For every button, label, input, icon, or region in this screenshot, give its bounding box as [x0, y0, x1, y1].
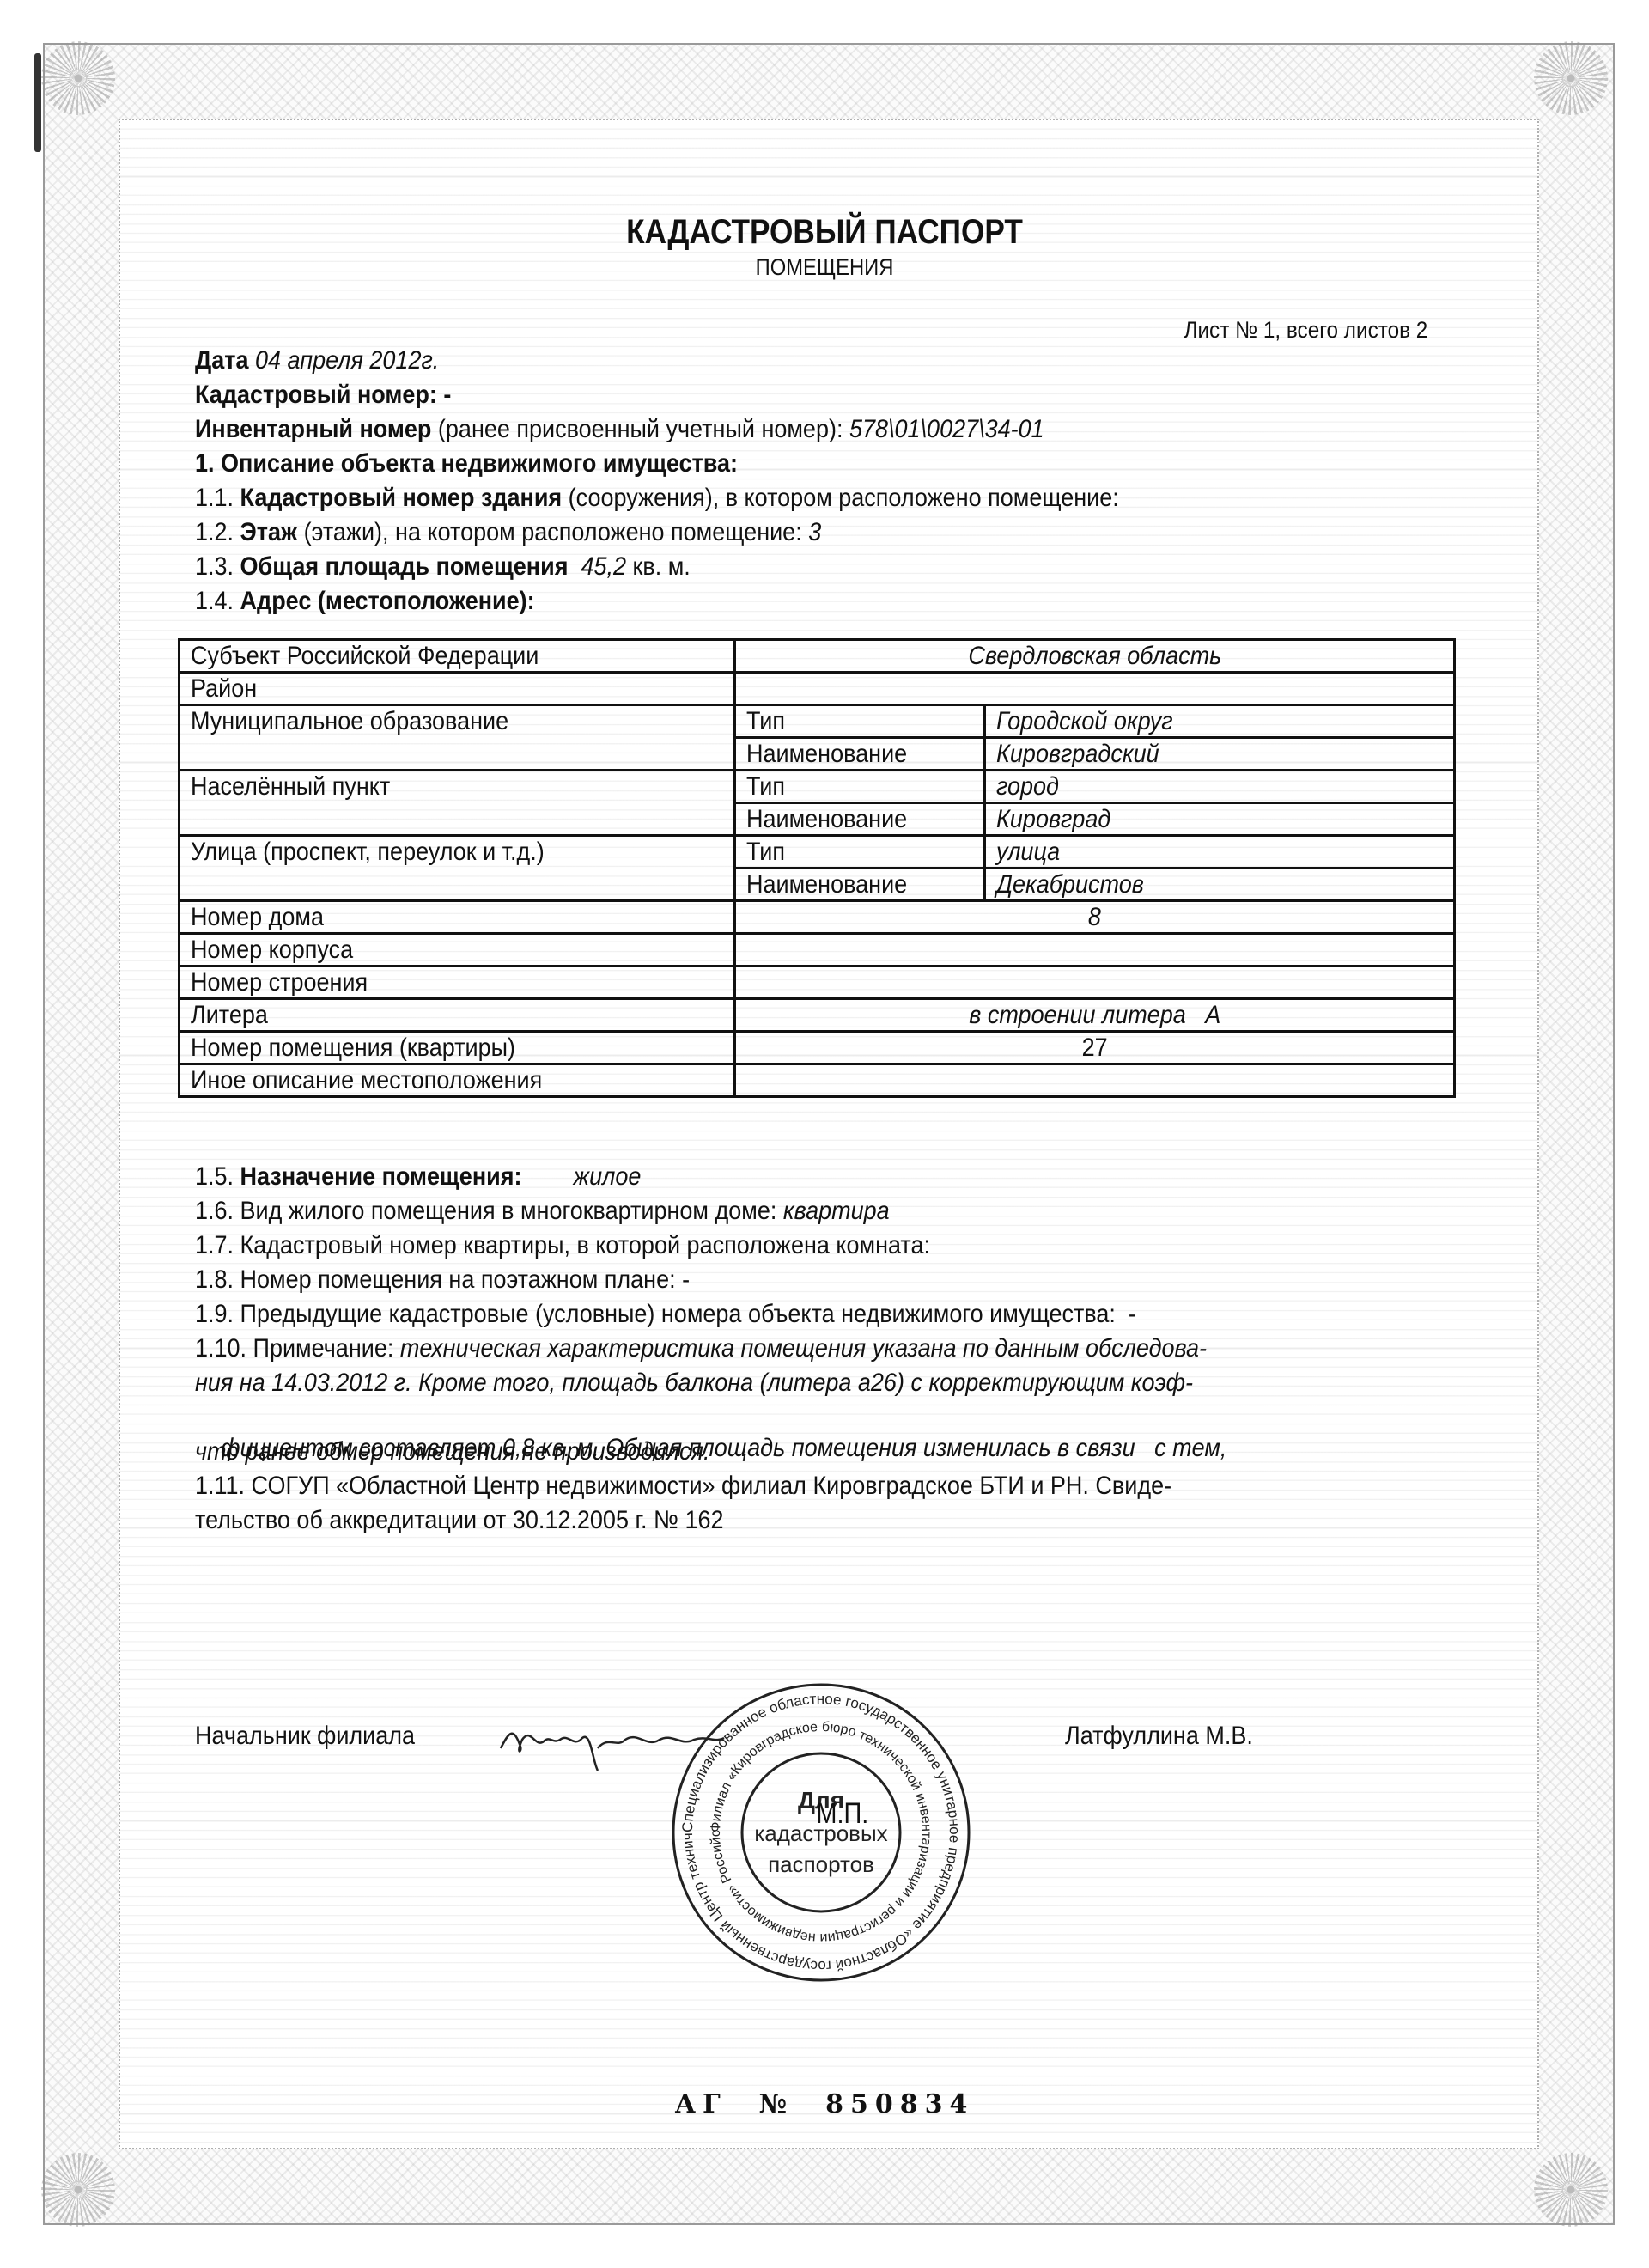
inventory-number-value: 578\01\0027\34-01: [849, 415, 1044, 443]
street-name-value: Декабристов: [996, 869, 1144, 899]
note-line: ния на 14.03.2012 г. Кроме того, площадь…: [195, 1368, 1193, 1399]
subject-label: Субъект Российской Федерации: [191, 641, 539, 671]
name-label: Наименование: [746, 804, 907, 834]
purpose-label: Назначение помещения:: [240, 1162, 522, 1191]
svg-text:паспортов: паспортов: [768, 1851, 874, 1877]
item-1-3: 1.3. Общая площадь помещения 45,2 кв. м.: [195, 552, 691, 582]
signer-position: Начальник филиала: [195, 1722, 415, 1751]
item-number: 1.4.: [195, 587, 234, 615]
name-label: Наименование: [746, 739, 907, 769]
item-label-bold: Кадастровый номер здания: [240, 484, 563, 512]
note-text: ния на 14.03.2012 г. Кроме того, площадь…: [195, 1369, 1193, 1397]
name-label: Наименование: [746, 869, 907, 899]
section1-heading: 1. Описание объекта недвижимого имуществ…: [195, 448, 738, 479]
street-type-value: улица: [996, 837, 1060, 867]
item-number: 1.3.: [195, 552, 234, 581]
previous-numbers: 1.9. Предыдущие кадастровые (условные) н…: [195, 1300, 1136, 1328]
inventory-number-label: Инвентарный номер: [195, 415, 431, 443]
floor-value: 3: [808, 518, 821, 546]
item-1-6: 1.6. Вид жилого помещения в многоквартир…: [195, 1196, 890, 1227]
inventory-number-note: (ранее присвоенный учетный номер):: [438, 415, 843, 443]
item-number: 1.2.: [195, 518, 234, 546]
settlement-type-value: город: [996, 771, 1059, 802]
other-location-label: Иное описание местоположения: [191, 1065, 542, 1095]
item-1-1: 1.1. Кадастровый номер здания (сооружени…: [195, 483, 1119, 514]
note-label: 1.10. Примечание:: [195, 1334, 393, 1363]
item-1-8: 1.8. Номер помещения на поэтажном плане:…: [195, 1265, 690, 1296]
form-serial-number: АГ № 850834: [0, 2089, 1649, 2119]
type-label: Тип: [746, 771, 785, 802]
street-label: Улица (проспект, переулок и т.д.): [191, 837, 545, 867]
apartment-cadastral-label: 1.7. Кадастровый номер квартиры, в котор…: [195, 1231, 930, 1259]
table-row: Муниципальное образование Тип Городской …: [180, 705, 1455, 738]
table-row: Субъект Российской Федерации Свердловска…: [180, 640, 1455, 673]
table-row: Район: [180, 673, 1455, 705]
signer-name: Латфуллина М.В.: [1065, 1722, 1253, 1751]
apartment-value: 27: [1081, 1033, 1107, 1063]
sheet-info: Лист № 1, всего листов 2: [1184, 317, 1427, 344]
item-1-11-cont: тельство об аккредитации от 30.12.2005 г…: [195, 1505, 724, 1536]
structure-label: Номер строения: [191, 967, 368, 997]
item-1-4: 1.4. Адрес (местоположение):: [195, 586, 535, 617]
document-title: КАДАСТРОВЫЙ ПАСПОРТ: [99, 213, 1550, 252]
municipality-type-value: Городской округ: [996, 706, 1173, 736]
house-value: 8: [1088, 902, 1101, 932]
table-row: Номер дома 8: [180, 901, 1455, 934]
table-row: Номер помещения (квартиры) 27: [180, 1032, 1455, 1064]
inventory-number-line: Инвентарный номер (ранее присвоенный уче…: [195, 414, 1044, 445]
settlement-label: Населённый пункт: [191, 771, 390, 802]
table-row: Номер строения: [180, 966, 1455, 999]
litera-value: в строении литера А: [969, 1000, 1220, 1030]
item-1-10: 1.10. Примечание: техническая характерис…: [195, 1333, 1207, 1364]
note-text: что ранее обмер помещения не производилс…: [195, 1437, 709, 1466]
item-number: 1.5.: [195, 1162, 234, 1191]
purpose-value: жилое: [573, 1162, 641, 1191]
dwelling-type-label: 1.6. Вид жилого помещения в многоквартир…: [195, 1197, 776, 1225]
floor-plan-number: 1.8. Номер помещения на поэтажном плане:…: [195, 1265, 690, 1294]
seal-place-mark: М.П.: [816, 1797, 868, 1831]
cadastral-number-label: Кадастровый номер:: [195, 381, 437, 409]
item-label-rest: (этажи), на котором расположено помещени…: [304, 518, 802, 546]
area-value: 45,2: [581, 552, 626, 581]
table-row: Улица (проспект, переулок и т.д.) Тип ул…: [180, 836, 1455, 869]
cadastral-number-line: Кадастровый номер: -: [195, 380, 451, 411]
item-1-2: 1.2. Этаж (этажи), на котором расположен…: [195, 517, 821, 548]
house-label: Номер дома: [191, 902, 324, 932]
item-label-bold: Общая площадь помещения: [240, 552, 569, 581]
note-text: техническая характеристика помещения ука…: [400, 1334, 1207, 1363]
item-1-5: 1.5. Назначение помещения: жилое: [195, 1161, 641, 1192]
litera-label: Литера: [191, 1000, 268, 1030]
municipality-name-value: Кировградский: [996, 739, 1159, 769]
item-label-bold: Этаж: [240, 518, 298, 546]
building-label: Номер корпуса: [191, 935, 353, 965]
table-row: Иное описание местоположения: [180, 1064, 1455, 1097]
item-1-7: 1.7. Кадастровый номер квартиры, в котор…: [195, 1230, 930, 1261]
municipality-label: Муниципальное образование: [191, 706, 508, 736]
settlement-name-value: Кировград: [996, 804, 1110, 834]
subject-value: Свердловская область: [968, 641, 1221, 671]
district-label: Район: [191, 674, 257, 704]
area-unit: кв. м.: [633, 552, 691, 581]
item-1-11: 1.11. СОГУП «Областной Центр недвижимост…: [195, 1471, 1171, 1502]
item-label-bold: Адрес (местоположение):: [240, 587, 535, 615]
item-number: 1.1.: [195, 484, 234, 512]
cadastral-number-value: -: [443, 381, 451, 409]
table-row: Населённый пункт Тип город: [180, 771, 1455, 803]
date-label: Дата: [195, 346, 248, 375]
date-line: Дата 04 апреля 2012г.: [195, 345, 439, 376]
dwelling-type-value: квартира: [783, 1197, 890, 1225]
type-label: Тип: [746, 706, 785, 736]
document-subtitle: ПОМЕЩЕНИЯ: [99, 254, 1550, 281]
organization-text: 1.11. СОГУП «Областной Центр недвижимост…: [195, 1472, 1171, 1500]
official-seal-icon: Специализированное областное государстве…: [668, 1680, 974, 1985]
document-page: КАДАСТРОВЫЙ ПАСПОРТ ПОМЕЩЕНИЯ Лист № 1, …: [0, 0, 1649, 2268]
section1-heading-text: 1. Описание объекта недвижимого имуществ…: [195, 449, 738, 478]
item-1-9: 1.9. Предыдущие кадастровые (условные) н…: [195, 1299, 1136, 1330]
accreditation-text: тельство об аккредитации от 30.12.2005 г…: [195, 1506, 724, 1534]
table-row: Литера в строении литера А: [180, 999, 1455, 1032]
apartment-label: Номер помещения (квартиры): [191, 1033, 515, 1063]
address-table: Субъект Российской Федерации Свердловска…: [178, 638, 1456, 1098]
table-row: Номер корпуса: [180, 934, 1455, 966]
date-value: 04 апреля 2012г.: [255, 346, 439, 375]
note-line: что ранее обмер помещения не производилс…: [195, 1436, 709, 1467]
type-label: Тип: [746, 837, 785, 867]
item-label-rest: (сооружения), в котором расположено поме…: [569, 484, 1119, 512]
